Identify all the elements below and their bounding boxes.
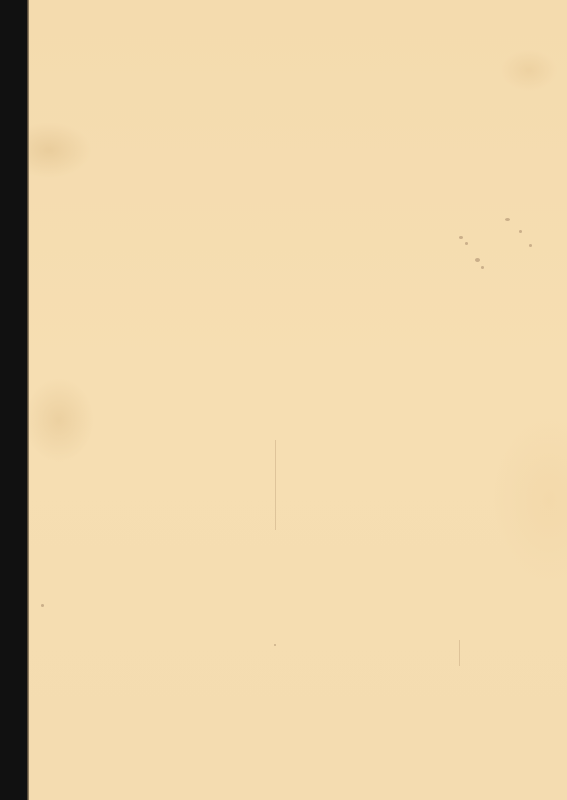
foxing-spot (475, 258, 480, 262)
foxing-spot (529, 244, 532, 247)
paper-crease (459, 640, 460, 666)
foxing-spot (41, 604, 44, 607)
foxing-spot (519, 230, 522, 233)
foxing-spot (459, 236, 463, 239)
book-binding-strip (0, 0, 28, 800)
foxing-spot (481, 266, 484, 269)
foxing-spot (465, 242, 468, 245)
foxing-spot (274, 644, 276, 646)
foxing-spot (505, 218, 510, 221)
paper-crease (275, 440, 276, 530)
blank-paper-page (29, 0, 567, 800)
